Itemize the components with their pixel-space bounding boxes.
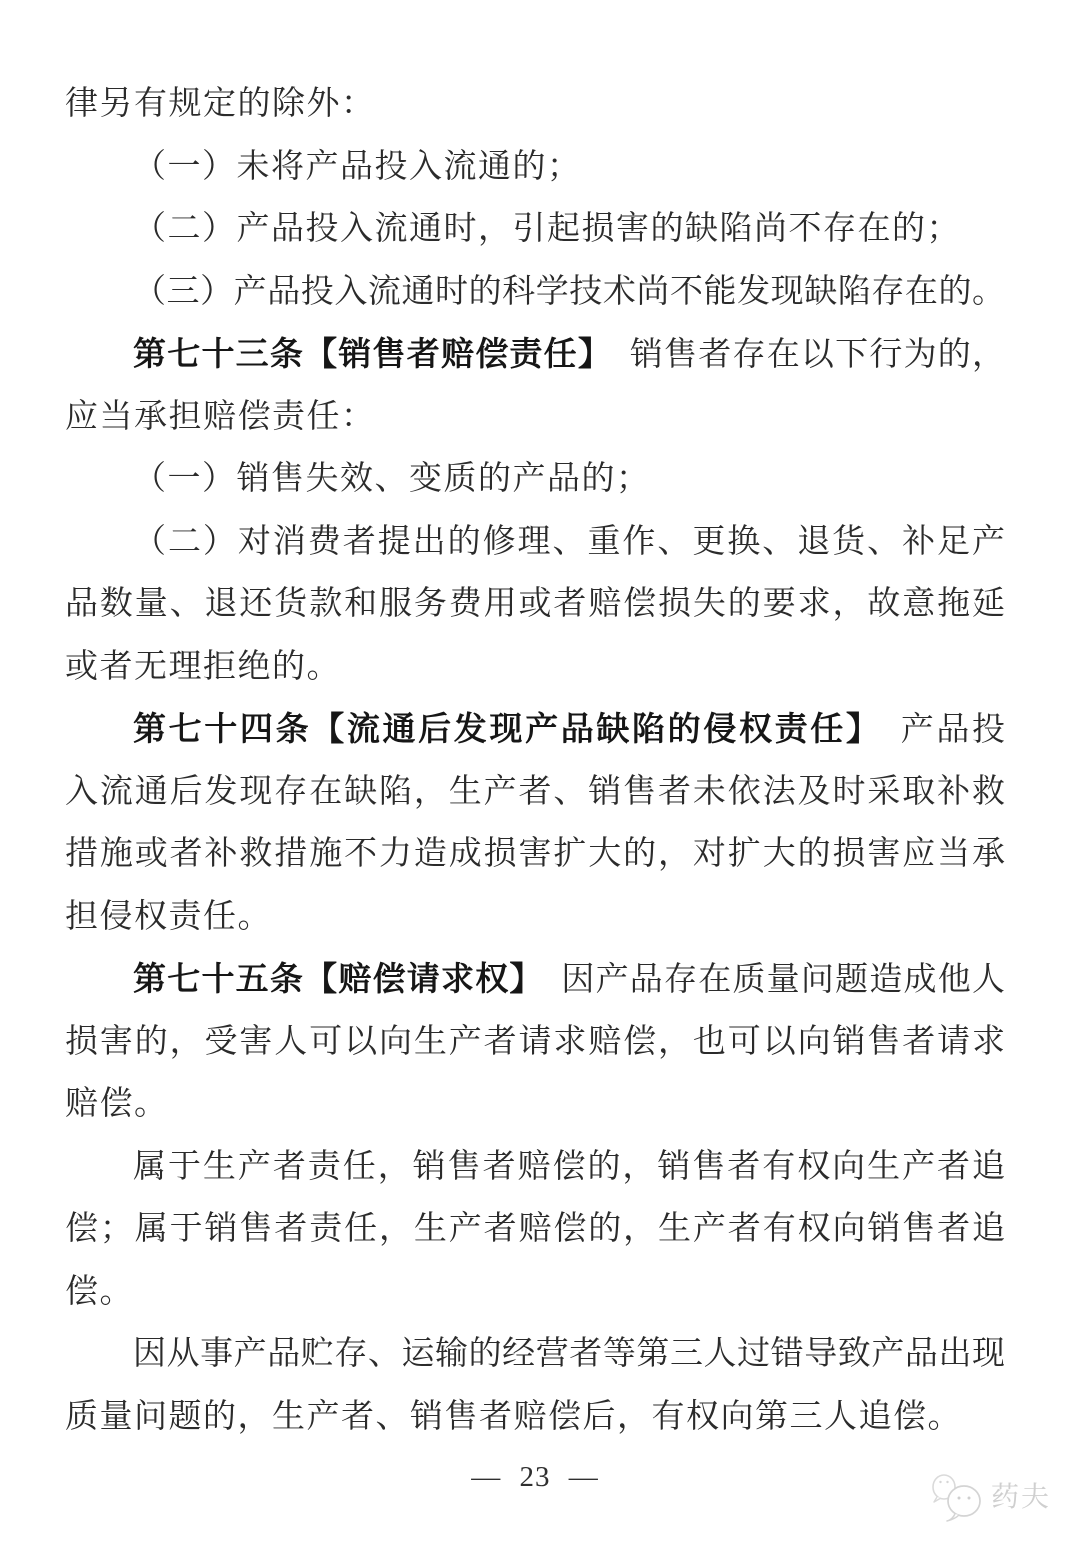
body-text: 属于生产者责任，销售者赔偿的，销售者有权向生产者追 [133,1149,1005,1185]
body-text: 担侵权责任。 [65,899,272,935]
body-text-line: 措施或者补救措施不力造成损害扩大的，对扩大的损害应当承 [65,834,1005,874]
body-text-line: 应当承担赔偿责任： [65,397,1005,437]
body-text-line: （二）对消费者提出的修理、重作、更换、退货、补足产 [65,522,1005,562]
body-text: 产品投 [865,712,1005,748]
body-text: （二）产品投入流通时，引起损害的缺陷尚不存在的； [133,211,961,247]
document-page: 律另有规定的除外：（一）未将产品投入流通的；（二）产品投入流通时，引起损害的缺陷… [0,0,1080,1553]
body-text: 律另有规定的除外： [65,86,376,122]
body-text-line: 品数量、退还货款和服务费用或者赔偿损失的要求，故意拖延 [65,584,1005,624]
body-text-line: 偿；属于销售者责任，生产者赔偿的，生产者有权向销售者追 [65,1209,1005,1249]
watermark-label: 药夫 [991,1483,1051,1511]
body-text: 销售者存在以下行为的， [596,337,1005,373]
article-heading-line: 第七十四条【流通后发现产品缺陷的侵权责任】 产品投 [65,709,1005,749]
body-text: （一）未将产品投入流通的； [133,149,582,185]
body-text: （三）产品投入流通时的科学技术尚不能发现缺陷存在的。 [133,274,1005,310]
body-text: 赔偿。 [65,1086,169,1122]
body-text-line: （一）未将产品投入流通的； [65,147,1005,187]
body-text: 品数量、退还货款和服务费用或者赔偿损失的要求，故意拖延 [65,586,1005,622]
body-text-line: 担侵权责任。 [65,897,1005,937]
article-title-text: 第七十三条【销售者赔偿责任】 [133,335,596,372]
body-text: 偿。 [65,1274,134,1310]
publisher-watermark: 药夫 [930,1472,1051,1522]
body-text-line: 属于生产者责任，销售者赔偿的，销售者有权向生产者追 [65,1147,1005,1187]
article-heading-line: 第七十五条【赔偿请求权】 因产品存在质量问题造成他人 [65,959,1005,999]
body-text-line: （一）销售失效、变质的产品的； [65,459,1005,499]
body-text: （一）销售失效、变质的产品的； [133,461,651,497]
body-text: 因产品存在质量问题造成他人 [527,962,1005,998]
body-text-line: 律另有规定的除外： [65,84,1005,124]
body-text: 损害的，受害人可以向生产者请求赔偿，也可以向销售者请求 [65,1024,1005,1060]
body-text: 因从事产品贮存、运输的经营者等第三人过错导致产品出现 [133,1336,1005,1372]
body-text-line: 因从事产品贮存、运输的经营者等第三人过错导致产品出现 [65,1334,1005,1374]
body-text: 或者无理拒绝的。 [65,649,341,685]
body-text: 偿；属于销售者责任，生产者赔偿的，生产者有权向销售者追 [65,1211,1005,1247]
body-text: 应当承担赔偿责任： [65,399,376,435]
chat-bubbles-icon [930,1472,986,1522]
body-text-line: 赔偿。 [65,1084,1005,1124]
body-text: 质量问题的，生产者、销售者赔偿后，有权向第三人追偿。 [65,1399,962,1435]
body-text-line: 质量问题的，生产者、销售者赔偿后，有权向第三人追偿。 [65,1397,1005,1437]
body-text-line: （三）产品投入流通时的科学技术尚不能发现缺陷存在的。 [65,272,1005,312]
body-text-line: 偿。 [65,1272,1005,1312]
article-title-text: 第七十四条【流通后发现产品缺陷的侵权责任】 [133,710,865,747]
body-text-line: 损害的，受害人可以向生产者请求赔偿，也可以向销售者请求 [65,1022,1005,1062]
article-title-text: 第七十五条【赔偿请求权】 [133,960,527,997]
page-number: — 23 — [65,1461,1005,1494]
body-text-line: （二）产品投入流通时，引起损害的缺陷尚不存在的； [65,209,1005,249]
article-heading-line: 第七十三条【销售者赔偿责任】 销售者存在以下行为的， [65,334,1005,374]
body-text: 措施或者补救措施不力造成损害扩大的，对扩大的损害应当承 [65,836,1005,872]
body-text: 入流通后发现存在缺陷，生产者、销售者未依法及时采取补救 [65,774,1005,810]
document-body: 律另有规定的除外：（一）未将产品投入流通的；（二）产品投入流通时，引起损害的缺陷… [65,0,1005,1553]
body-text-line: 或者无理拒绝的。 [65,647,1005,687]
body-text: （二）对消费者提出的修理、重作、更换、退货、补足产 [133,524,1005,560]
body-text-line: 入流通后发现存在缺陷，生产者、销售者未依法及时采取补救 [65,772,1005,812]
